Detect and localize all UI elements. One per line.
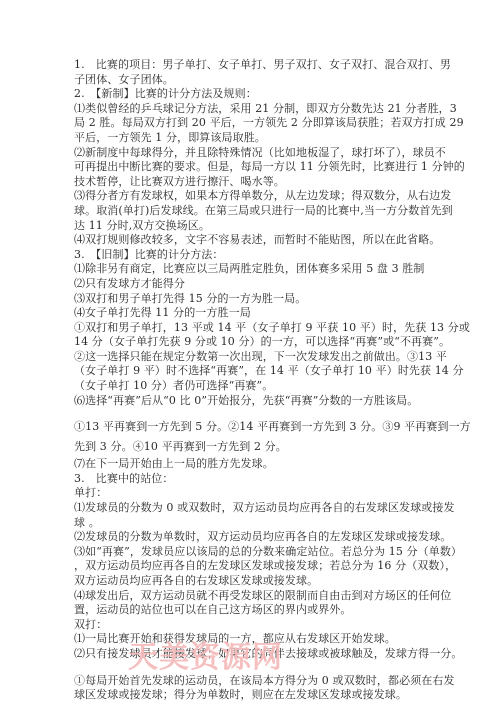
- watermark: 天美资源网: [128, 632, 283, 676]
- text-line: ⑺在下一局开始由上一局的胜方先发球。: [74, 457, 424, 472]
- text-line: ⑶双打和男子单打先得 15 分的一方为胜一局。: [74, 292, 424, 307]
- text-line: 先到 3 分。④10 平再赛到一方先到 2 分。: [74, 437, 424, 457]
- text-line: ，双方运动员均应再各自的左发球区发球或接发球；若总分为 16 分（双数），: [74, 559, 424, 574]
- section-c: ⑺在下一局开始由上一局的胜方先发球。 3. 比赛中的站位： 单打： ⑴发球员的分…: [74, 457, 424, 661]
- document-body: 1. 比赛的项目：男子单打、女子单打、男子双打、女子双打、混合双打、男 子团体、…: [74, 58, 424, 703]
- text-line: 球 。: [74, 516, 424, 531]
- text-line: （女子单打 9 平）时不选择“再赛”，在 14 平（女子单打 10 平）时先获 …: [74, 364, 424, 379]
- text-line: 2. 【新制】比赛的计分方法及规则：: [74, 87, 424, 102]
- text-line: 子团体、女子团体。: [74, 73, 424, 88]
- text-line: ⑴发球员的分数为 0 或双数时，双方运动员均应再各自的右发球区发球或接发: [74, 501, 424, 516]
- text-line: 3. 【旧制】比赛的计分方法：: [74, 248, 424, 263]
- text-line: ⑴除非另有商定，比赛应以三局两胜定胜负，团体赛多采用 5 盘 3 胜制: [74, 262, 424, 277]
- text-line: 可再提出中断比赛的要求。但是，每局一方以 11 分领先时，比赛进行 1 分钟的: [74, 160, 424, 175]
- text-line: ⑴类似曾经的乒乓球记分方法，采用 21 分制，即双方分数先达 21 分者胜，3: [74, 102, 424, 117]
- text-line: 球区发球或接发球；得分为单数时，则应在左发球区发球或接发球。: [74, 688, 424, 703]
- text-line: 1. 比赛的项目：男子单打、女子单打、男子双打、女子双打、混合双打、男: [74, 58, 424, 73]
- text-line: ①双打和男子单打，13 平或 14 平（女子单打 9 平获 10 平）时，先获 …: [74, 321, 424, 336]
- text-line: 双方运动员均应再各自的右发球区发球或接发球。: [74, 574, 424, 589]
- text-line: 局 2 胜。每局双方打到 20 平后，一方领先 2 分即算该局获胜；若双方打成 …: [74, 116, 424, 131]
- text-line: ⑷球发出后，双方运动员就不再受发球区的限制而自由击到对方场区的任何位: [74, 589, 424, 604]
- text-line: ⑵新制度中每球得分，并且除特殊情况（比如地板湿了，球打坏了），球员不: [74, 146, 424, 161]
- text-line: ⑶如“再赛”，发球员应以该局的总的分数来确定站位。若总分为 15 分（单数）: [74, 545, 424, 560]
- spacer: [74, 408, 424, 417]
- text-line: 单打：: [74, 486, 424, 501]
- text-line: ⑶得分者方有发球权，如果本方得单数分，从左边发球；得双数分，从右边发: [74, 189, 424, 204]
- text-line: 球。取消(单打)后发球线。在第三局或只进行一局的比赛中,当一方分数首先到: [74, 204, 424, 219]
- text-line: ②这一选择只能在规定分数第一次出现，下一次发球发出之前做出。③13 平: [74, 350, 424, 365]
- text-line: ⑵只有发球方才能得分: [74, 277, 424, 292]
- text-line: 14 分（女子单打先获 9 分或 10 分）的一方，可以选择“再赛”或“不再赛”…: [74, 335, 424, 350]
- text-line: 达 11 分时,双方交换场区。: [74, 219, 424, 234]
- text-line: ⑷女子单打先得 11 分的一方胜一局: [74, 306, 424, 321]
- text-line: 置，运动员的站位也可以在自己这方场区的界内或界外。: [74, 603, 424, 618]
- text-line: ⑵发球员的分数为单数时，双方运动员均应再各自的左发球区发球或接发球。: [74, 530, 424, 545]
- section-b: ①13 平再赛到一方先到 5 分。②14 平再赛到一方先到 3 分。③9 平再赛…: [74, 417, 424, 457]
- text-line: （女子单打 10 分）者仍可选择“再赛”。: [74, 379, 424, 394]
- text-line: ①13 平再赛到一方先到 5 分。②14 平再赛到一方先到 3 分。③9 平再赛…: [74, 417, 424, 437]
- section-d: ①每局开始首先发球的运动员，在该局本方得分为 0 或双数时，都必须在右发 球区发…: [74, 674, 424, 703]
- text-line: 技术暂停，让比赛双方进行擦汗、喝水等。: [74, 175, 424, 190]
- text-line: 双打：: [74, 618, 424, 633]
- text-line: ⑹选择“再赛”后从“0 比 0”开始报分，先获“再赛”分数的一方胜该局。: [74, 394, 424, 409]
- section-a: 1. 比赛的项目：男子单打、女子单打、男子双打、女子双打、混合双打、男 子团体、…: [74, 58, 424, 408]
- text-line: 平后，一方领先 1 分，即算该局取胜。: [74, 131, 424, 146]
- text-line: 3. 比赛中的站位：: [74, 472, 424, 487]
- text-line: ⑷双打规则修改较多，文字不容易表述，而暂时不能贴图，所以在此省略。: [74, 233, 424, 248]
